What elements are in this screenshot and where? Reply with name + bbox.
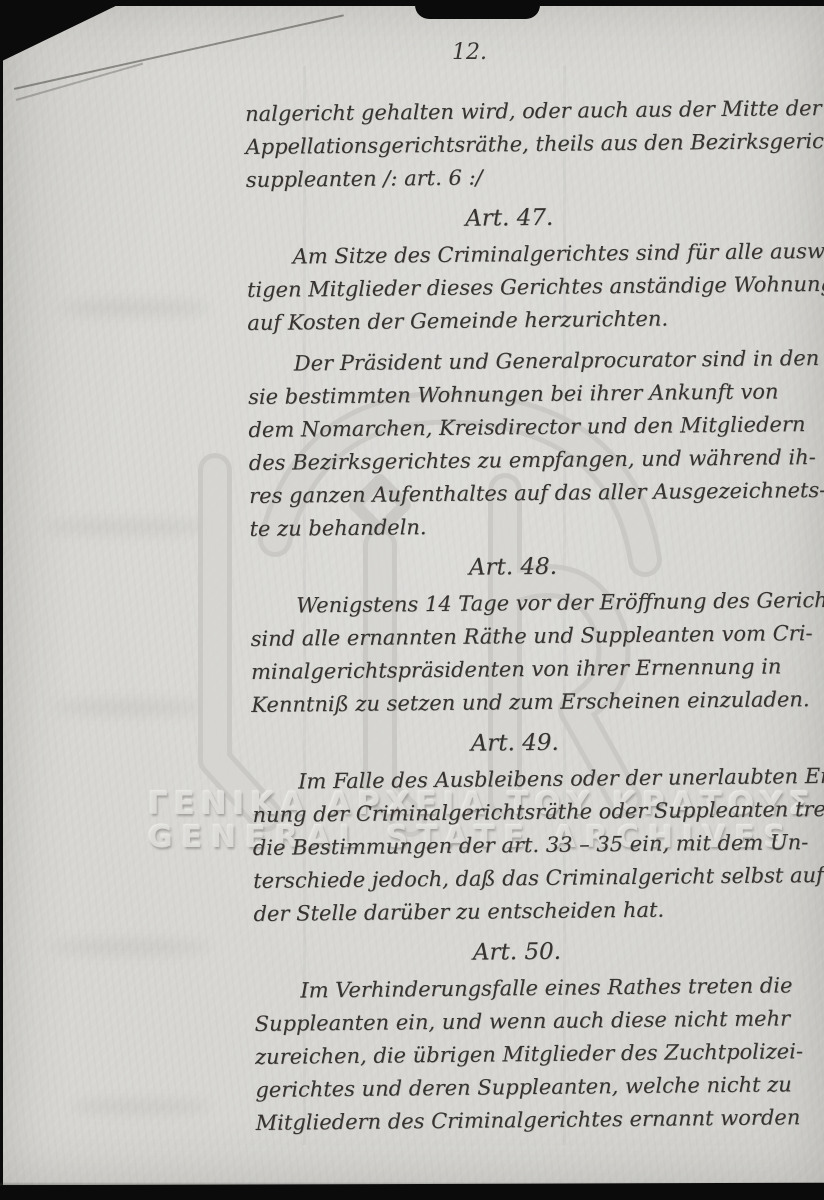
article-heading: Art. 48.: [250, 548, 776, 587]
paragraph: Im Verhinderungsfalle eines Rathes trete…: [254, 969, 822, 1140]
manuscript-line: suppleanten /: art. 6 :/: [246, 158, 812, 197]
paragraph: Am Sitze des Criminalgerichtes sind für …: [246, 235, 813, 340]
manuscript-line: res ganzen Aufenthaltes auf das aller Au…: [249, 474, 815, 513]
manuscript-line: te zu behandeln.: [249, 507, 815, 546]
paragraph: Wenigstens 14 Tage vor der Eröffnung des…: [250, 584, 817, 722]
bleed-through-smudge: [45, 520, 215, 534]
article-heading: Art. 49.: [252, 724, 778, 763]
manuscript-line: terschiede jedoch, daß das Criminalgeric…: [253, 859, 819, 898]
manuscript-line: Mitgliedern des Criminalgerichtes ernann…: [256, 1101, 822, 1140]
paragraph: Im Falle des Ausbleibens oder der unerla…: [252, 760, 820, 931]
bleed-through-smudge: [55, 700, 205, 715]
manuscript-line: der Stelle darüber zu entscheiden hat.: [253, 892, 819, 931]
manuscript-line: auf Kosten der Gemeinde herzurichten.: [247, 301, 813, 340]
manuscript-line: Appellationsgerichtsräthe, theils aus de…: [245, 125, 811, 164]
manuscript-line: Kenntniß zu setzen und zum Erscheinen ei…: [251, 683, 817, 722]
bleed-through-smudge: [50, 940, 210, 954]
bleed-through-smudge: [70, 1100, 210, 1114]
scan-edge-bottom: [0, 1183, 824, 1200]
scanned-page: ΓΕΝΙΚΑ ΑΡΧΕΙΑ ΤΟΥ ΚΡΑΤΟΥΣ GENERAL STATE …: [0, 0, 824, 1200]
scan-edge-blob: [415, 0, 540, 19]
paragraph: nalgericht gehalten wird, oder auch aus …: [245, 92, 812, 197]
page-number: 12.: [452, 40, 487, 65]
article-heading: Art. 47.: [246, 199, 772, 238]
manuscript-text-block: nalgericht gehalten wird, oder auch aus …: [245, 92, 822, 1148]
paragraph: Der Präsident und Generalprocurator sind…: [248, 342, 816, 546]
article-heading: Art. 50.: [254, 933, 780, 972]
manuscript-line: tigen Mitglieder dieses Gerichtes anstän…: [247, 268, 813, 307]
bleed-through-smudge: [60, 300, 210, 316]
